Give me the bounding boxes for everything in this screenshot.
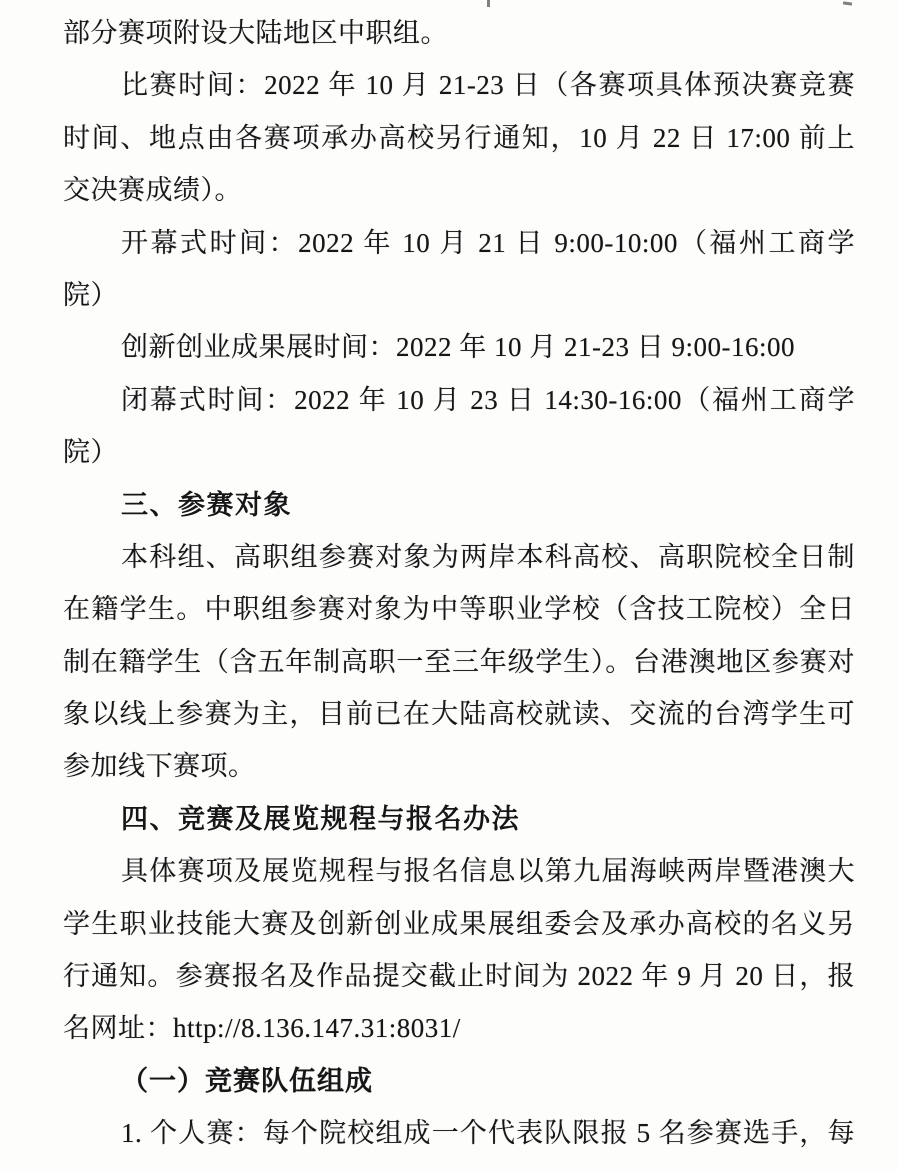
section-heading-4: 四、竞赛及展览规程与报名办法 [63,793,855,845]
scan-artifact [843,1,852,5]
url-line: 名网址：http://8.136.147.31:8031/ [63,1002,855,1054]
body-line: 创新创业成果展时间：2022 年 10 月 21-23 日 9:00-16:00 [63,321,855,373]
body-line: 闭幕式时间：2022 年 10 月 23 日 14:30-16:00（福州工商学 [63,374,855,426]
body-line: 学生职业技能大赛及创新创业成果展组委会及承办高校的名义另 [63,898,855,950]
body-line: 制在籍学生（含五年制高职一至三年级学生）。台港澳地区参赛对 [63,636,855,688]
scan-artifact [487,0,490,7]
body-line: 行通知。参赛报名及作品提交截止时间为 2022 年 9 月 20 日，报 [63,950,855,1002]
document-body: 部分赛项附设大陆地区中职组。 比赛时间：2022 年 10 月 21-23 日（… [63,7,855,1160]
body-line: 具体赛项及展览规程与报名信息以第九届海峡两岸暨港澳大 [63,845,855,897]
body-line: 时间、地点由各赛项承办高校另行通知，10 月 22 日 17:00 前上 [63,112,855,164]
body-line: 比赛时间：2022 年 10 月 21-23 日（各赛项具体预决赛竞赛 [63,59,855,111]
section-heading-3: 三、参赛对象 [63,479,855,531]
body-line: 本科组、高职组参赛对象为两岸本科高校、高职院校全日制 [63,531,855,583]
body-line: 院） [63,426,855,478]
body-line: 部分赛项附设大陆地区中职组。 [63,7,855,59]
body-line: 交决赛成绩）。 [63,164,855,216]
scanned-document-page: 部分赛项附设大陆地区中职组。 比赛时间：2022 年 10 月 21-23 日（… [0,0,898,1172]
body-line: 象以线上参赛为主，目前已在大陆高校就读、交流的台湾学生可 [63,688,855,740]
body-line: 院） [63,269,855,321]
body-line: 参加线下赛项。 [63,740,855,792]
body-line: 1. 个人赛：每个院校组成一个代表队限报 5 名参赛选手，每 [63,1107,855,1159]
subsection-heading-1: （一）竞赛队伍组成 [63,1055,855,1107]
body-line: 开幕式时间：2022 年 10 月 21 日 9:00-10:00（福州工商学 [63,217,855,269]
body-line: 在籍学生。中职组参赛对象为中等职业学校（含技工院校）全日 [63,583,855,635]
